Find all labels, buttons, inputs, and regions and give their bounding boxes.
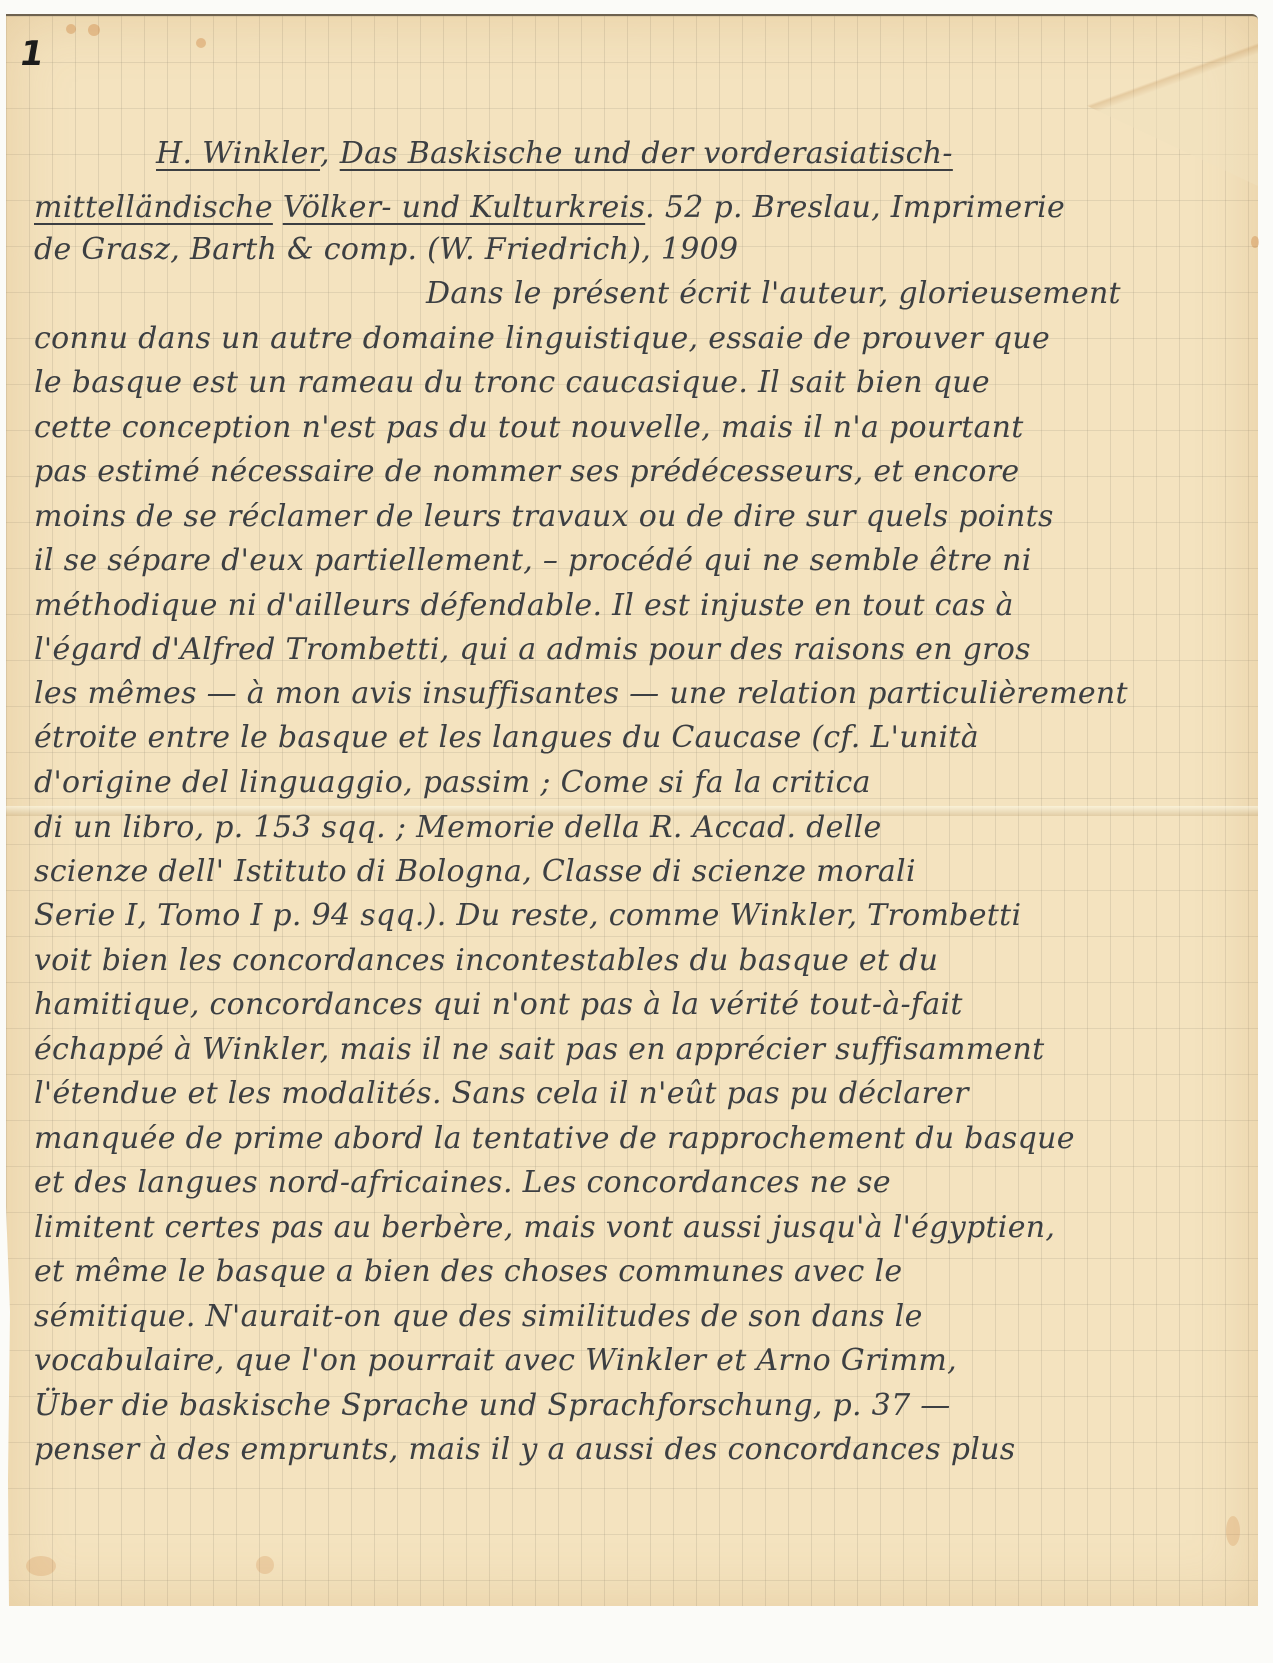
citation-line-2: mittelländische Völker- und Kulturkreis.…: [34, 188, 1228, 228]
citation-details: . 52 p. Breslau, Imprimerie: [645, 190, 1065, 225]
text-line: Dans le présent écrit l'auteur, glorieus…: [426, 274, 1228, 314]
text-line: scienze dell' Istituto di Bologna, Class…: [34, 852, 1228, 892]
stain: [196, 38, 206, 48]
text-line: l'égard d'Alfred Trombetti, qui a admis …: [34, 630, 1228, 670]
text-line: voit bien les concordances incontestable…: [34, 941, 1228, 981]
text-line: Serie I, Tomo I p. 94 sqq.). Du reste, c…: [34, 896, 1228, 936]
text-line: manquée de prime abord la tentative de r…: [34, 1119, 1228, 1159]
text-line: et même le basque a bien des choses comm…: [34, 1252, 1228, 1292]
text-line: d'origine del linguaggio, passim ; Come …: [34, 763, 1228, 803]
stain: [88, 24, 100, 36]
citation-line-1: H. Winkler, Das Baskische und der vorder…: [156, 134, 1228, 174]
stain: [1251, 236, 1259, 248]
text-line: connu dans un autre domaine linguistique…: [34, 319, 1228, 359]
stain: [256, 1556, 274, 1574]
citation-line-3: de Grasz, Barth & comp. (W. Friedrich), …: [34, 230, 1228, 270]
text-line: di un libro, p. 153 sqq. ; Memorie della…: [34, 808, 1228, 848]
text-line: Über die baskische Sprache und Sprachfor…: [34, 1386, 1228, 1426]
text-line: cette conception n'est pas du tout nouve…: [34, 408, 1228, 448]
text-line: les mêmes — à mon avis insuffisantes — u…: [34, 674, 1228, 714]
text-line: hamitique, concordances qui n'ont pas à …: [34, 985, 1228, 1025]
stain: [66, 24, 76, 34]
text-line: le basque est un rameau du tronc caucasi…: [34, 363, 1228, 403]
text-line: et des langues nord-africaines. Les conc…: [34, 1163, 1228, 1203]
stain: [26, 1556, 56, 1576]
torn-left-edge: [0, 1186, 10, 1606]
citation-title-part3: Völker- und Kulturkreis: [283, 190, 645, 225]
manuscript-page: 1 H. Winkler, Das Baskische und der vord…: [6, 14, 1258, 1606]
stain: [1226, 1516, 1240, 1546]
page-number: 1: [16, 34, 47, 74]
text-line: vocabulaire, que l'on pourrait avec Wink…: [34, 1341, 1228, 1381]
citation-title-part1: Das Baskische und der vorderasiatisch-: [340, 136, 953, 171]
text-line: sémitique. N'aurait-on que des similitud…: [34, 1297, 1228, 1337]
text-line: échappé à Winkler, mais il ne sait pas e…: [34, 1030, 1228, 1070]
text-line: penser à des emprunts, mais il y a aussi…: [34, 1430, 1228, 1470]
text-line: pas estimé nécessaire de nommer ses préd…: [34, 452, 1228, 492]
citation-author: H. Winkler: [156, 136, 320, 171]
text-line: il se sépare d'eux partiellement, – proc…: [34, 541, 1228, 581]
citation-title-part2: mittelländische: [34, 190, 273, 225]
text-line: méthodique ni d'ailleurs défendable. Il …: [34, 586, 1228, 626]
text-line: l'étendue et les modalités. Sans cela il…: [34, 1074, 1228, 1114]
text-line: étroite entre le basque et les langues d…: [34, 718, 1228, 758]
text-line: moins de se réclamer de leurs travaux ou…: [34, 497, 1228, 537]
text-line: limitent certes pas au berbère, mais von…: [34, 1208, 1228, 1248]
